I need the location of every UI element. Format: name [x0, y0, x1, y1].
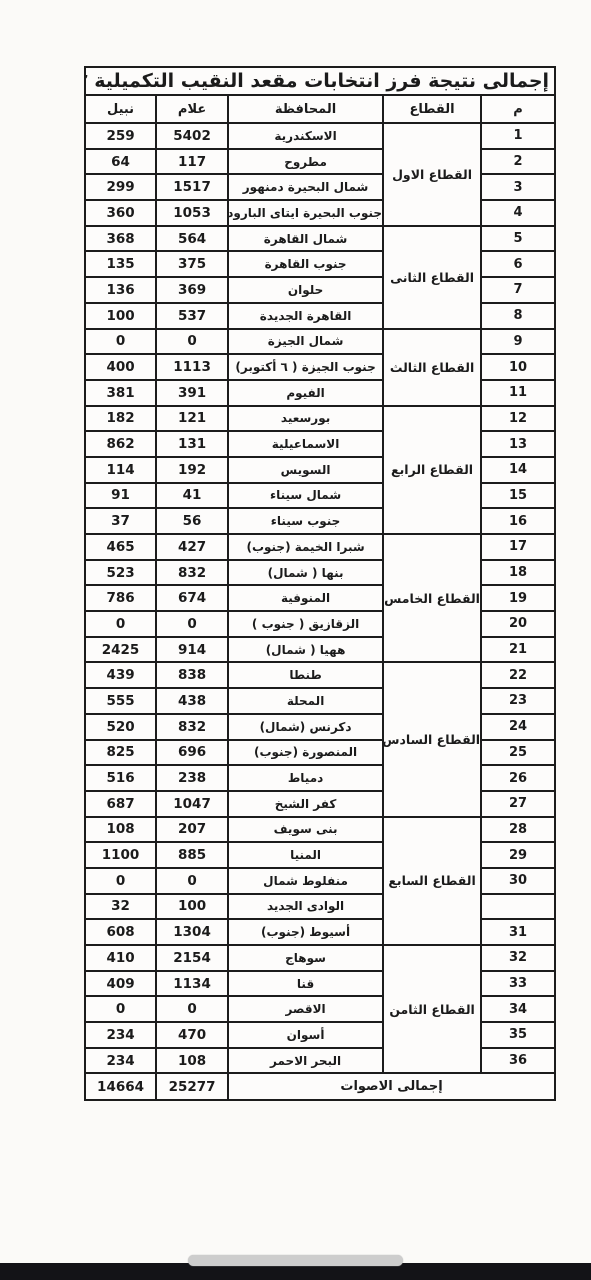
- table-row: 10جنوب الجيزة ( ٦ أكتوبر)1113400: [85, 354, 555, 380]
- allam-votes-cell: 0: [156, 868, 228, 894]
- title-row: إجمالى نتيجة فرز انتخابات مقعد النقيب ال…: [85, 67, 555, 95]
- table-row: 33قنا1134409: [85, 971, 555, 997]
- nabil-votes-cell: 64: [85, 149, 156, 175]
- allam-votes-cell: 117: [156, 149, 228, 175]
- governorate-cell: المحلة: [228, 688, 383, 714]
- sector-cell: القطاع الخامس: [383, 534, 481, 662]
- allam-votes-cell: 914: [156, 637, 228, 663]
- nabil-votes-cell: 234: [85, 1048, 156, 1074]
- column-header-number: م: [481, 95, 555, 123]
- allam-votes-cell: 108: [156, 1048, 228, 1074]
- table-row: 1القطاع الاولالاسكندرية5402259: [85, 123, 555, 149]
- nabil-votes-cell: 0: [85, 611, 156, 637]
- phone-screen: إجمالى نتيجة فرز انتخابات مقعد النقيب ال…: [0, 0, 591, 1280]
- table-row: 30منفلوط شمال00: [85, 868, 555, 894]
- governorate-cell: جنوب البحيرة ايتاى البارود: [228, 200, 383, 226]
- row-number-cell: 20: [481, 611, 555, 637]
- results-table: إجمالى نتيجة فرز انتخابات مقعد النقيب ال…: [84, 66, 556, 1101]
- table-row: 28القطاع السابعبنى سويف207108: [85, 817, 555, 843]
- table-row: 13الاسماعيلية131862: [85, 431, 555, 457]
- sector-cell: القطاع الثامن: [383, 945, 481, 1073]
- governorate-cell: الاقصر: [228, 996, 383, 1022]
- governorate-cell: الاسكندرية: [228, 123, 383, 149]
- governorate-cell: بورسعيد: [228, 406, 383, 432]
- allam-votes-cell: 369: [156, 277, 228, 303]
- table-row: 8القاهرة الجديدة537100: [85, 303, 555, 329]
- allam-votes-cell: 832: [156, 560, 228, 586]
- table-row: 7حلوان369136: [85, 277, 555, 303]
- nabil-votes-cell: 368: [85, 226, 156, 252]
- table-row: 11الفيوم391381: [85, 380, 555, 406]
- governorate-cell: السويس: [228, 457, 383, 483]
- row-number-cell: 10: [481, 354, 555, 380]
- header-row: م القطاع المحافظة علام نبيل: [85, 95, 555, 123]
- nabil-votes-cell: 136: [85, 277, 156, 303]
- sector-cell: القطاع السابع: [383, 817, 481, 945]
- nabil-votes-cell: 0: [85, 868, 156, 894]
- row-number-cell: 22: [481, 662, 555, 688]
- nabil-votes-cell: 381: [85, 380, 156, 406]
- governorate-cell: الاسماعيلية: [228, 431, 383, 457]
- nabil-votes-cell: 465: [85, 534, 156, 560]
- governorate-cell: كفر الشيخ: [228, 791, 383, 817]
- nabil-votes-cell: 786: [85, 585, 156, 611]
- allam-votes-cell: 427: [156, 534, 228, 560]
- allam-votes-cell: 1517: [156, 174, 228, 200]
- nabil-votes-cell: 409: [85, 971, 156, 997]
- allam-votes-cell: 0: [156, 329, 228, 355]
- row-number-cell: 4: [481, 200, 555, 226]
- allam-votes-cell: 5402: [156, 123, 228, 149]
- governorate-cell: دكرنس (شمال): [228, 714, 383, 740]
- allam-votes-cell: 375: [156, 251, 228, 277]
- allam-votes-cell: 838: [156, 662, 228, 688]
- governorate-cell: شمال سيناء: [228, 483, 383, 509]
- total-row: إجمالى الاصوات 25277 14664: [85, 1073, 555, 1100]
- row-number-cell: 33: [481, 971, 555, 997]
- governorate-cell: المنوفية: [228, 585, 383, 611]
- table-row: 18بنها ( شمال)832523: [85, 560, 555, 586]
- table-row: 2مطروح11764: [85, 149, 555, 175]
- allam-votes-cell: 537: [156, 303, 228, 329]
- nabil-votes-cell: 400: [85, 354, 156, 380]
- nabil-votes-cell: 555: [85, 688, 156, 714]
- row-number-cell: [481, 894, 555, 920]
- governorate-cell: الزقازيق ( جنوب ): [228, 611, 383, 637]
- allam-votes-cell: 1304: [156, 919, 228, 945]
- row-number-cell: 31: [481, 919, 555, 945]
- allam-votes-cell: 1113: [156, 354, 228, 380]
- sector-cell: القطاع السادس: [383, 662, 481, 816]
- row-number-cell: 34: [481, 996, 555, 1022]
- column-header-nabil: نبيل: [85, 95, 156, 123]
- nabil-votes-cell: 259: [85, 123, 156, 149]
- row-number-cell: 14: [481, 457, 555, 483]
- row-number-cell: 17: [481, 534, 555, 560]
- sector-cell: القطاع الاول: [383, 123, 481, 226]
- table-row: 35أسوان470234: [85, 1022, 555, 1048]
- governorate-cell: شمال القاهرة: [228, 226, 383, 252]
- table-row: 3شمال البحيرة دمنهور1517299: [85, 174, 555, 200]
- governorate-cell: سوهاج: [228, 945, 383, 971]
- allam-votes-cell: 100: [156, 894, 228, 920]
- page-title: إجمالى نتيجة فرز انتخابات مقعد النقيب ال…: [85, 67, 555, 95]
- table-row: 20الزقازيق ( جنوب )00: [85, 611, 555, 637]
- row-number-cell: 9: [481, 329, 555, 355]
- allam-votes-cell: 1134: [156, 971, 228, 997]
- governorate-cell: جنوب الجيزة ( ٦ أكتوبر): [228, 354, 383, 380]
- governorate-cell: مطروح: [228, 149, 383, 175]
- allam-votes-cell: 391: [156, 380, 228, 406]
- allam-votes-cell: 674: [156, 585, 228, 611]
- nabil-votes-cell: 108: [85, 817, 156, 843]
- nabil-votes-cell: 608: [85, 919, 156, 945]
- table-row: 16جنوب سيناء5637: [85, 508, 555, 534]
- row-number-cell: 12: [481, 406, 555, 432]
- governorate-cell: قنا: [228, 971, 383, 997]
- row-number-cell: 27: [481, 791, 555, 817]
- row-number-cell: 23: [481, 688, 555, 714]
- table-row: 5القطاع الثانىشمال القاهرة564368: [85, 226, 555, 252]
- table-row: 32القطاع الثامنسوهاج2154410: [85, 945, 555, 971]
- table-row: 23المحلة438555: [85, 688, 555, 714]
- governorate-cell: شبرا الخيمة (جنوب): [228, 534, 383, 560]
- governorate-cell: شمال البحيرة دمنهور: [228, 174, 383, 200]
- nabil-votes-cell: 234: [85, 1022, 156, 1048]
- governorate-cell: أسوان: [228, 1022, 383, 1048]
- nabil-votes-cell: 439: [85, 662, 156, 688]
- nabil-votes-cell: 0: [85, 329, 156, 355]
- table-row: الوادى الجديد10032: [85, 894, 555, 920]
- governorate-cell: دمياط: [228, 765, 383, 791]
- total-nabil-votes: 14664: [85, 1073, 156, 1100]
- nabil-votes-cell: 862: [85, 431, 156, 457]
- nabil-votes-cell: 410: [85, 945, 156, 971]
- nabil-votes-cell: 1100: [85, 842, 156, 868]
- nabil-votes-cell: 299: [85, 174, 156, 200]
- nabil-votes-cell: 523: [85, 560, 156, 586]
- allam-votes-cell: 2154: [156, 945, 228, 971]
- nabil-votes-cell: 0: [85, 996, 156, 1022]
- table-row: 26دمياط238516: [85, 765, 555, 791]
- sector-cell: القطاع الثانى: [383, 226, 481, 329]
- governorate-cell: بنها ( شمال): [228, 560, 383, 586]
- table-row: 27كفر الشيخ1047687: [85, 791, 555, 817]
- row-number-cell: 5: [481, 226, 555, 252]
- allam-votes-cell: 0: [156, 611, 228, 637]
- total-allam-votes: 25277: [156, 1073, 228, 1100]
- results-table-body: 1القطاع الاولالاسكندرية54022592مطروح1176…: [85, 123, 555, 1073]
- nabil-votes-cell: 37: [85, 508, 156, 534]
- governorate-cell: القاهرة الجديدة: [228, 303, 383, 329]
- allam-votes-cell: 1053: [156, 200, 228, 226]
- sector-cell: القطاع الرابع: [383, 406, 481, 534]
- governorate-cell: حلوان: [228, 277, 383, 303]
- row-number-cell: 6: [481, 251, 555, 277]
- row-number-cell: 24: [481, 714, 555, 740]
- allam-votes-cell: 56: [156, 508, 228, 534]
- nabil-votes-cell: 182: [85, 406, 156, 432]
- nabil-votes-cell: 516: [85, 765, 156, 791]
- table-row: 21ههيا ( شمال)9142425: [85, 637, 555, 663]
- column-header-allam: علام: [156, 95, 228, 123]
- allam-votes-cell: 121: [156, 406, 228, 432]
- governorate-cell: جنوب سيناء: [228, 508, 383, 534]
- table-row: 25المنصورة (جنوب)696825: [85, 740, 555, 766]
- governorate-cell: شمال الجيزة: [228, 329, 383, 355]
- row-number-cell: 1: [481, 123, 555, 149]
- governorate-cell: أسيوط (جنوب): [228, 919, 383, 945]
- table-row: 36البحر الاحمر108234: [85, 1048, 555, 1074]
- nabil-votes-cell: 32: [85, 894, 156, 920]
- table-row: 12القطاع الرابعبورسعيد121182: [85, 406, 555, 432]
- nabil-votes-cell: 825: [85, 740, 156, 766]
- table-row: 9القطاع الثالثشمال الجيزة00: [85, 329, 555, 355]
- table-row: 4جنوب البحيرة ايتاى البارود1053360: [85, 200, 555, 226]
- row-number-cell: 32: [481, 945, 555, 971]
- row-number-cell: 35: [481, 1022, 555, 1048]
- table-row: 19المنوفية674786: [85, 585, 555, 611]
- row-number-cell: 26: [481, 765, 555, 791]
- governorate-cell: الفيوم: [228, 380, 383, 406]
- allam-votes-cell: 238: [156, 765, 228, 791]
- scanned-document-page: إجمالى نتيجة فرز انتخابات مقعد النقيب ال…: [0, 0, 591, 1263]
- row-number-cell: 2: [481, 149, 555, 175]
- allam-votes-cell: 192: [156, 457, 228, 483]
- column-header-governorate: المحافظة: [228, 95, 383, 123]
- allam-votes-cell: 885: [156, 842, 228, 868]
- table-row: 31أسيوط (جنوب)1304608: [85, 919, 555, 945]
- row-number-cell: 13: [481, 431, 555, 457]
- table-row: 22القطاع السادسطنطا838439: [85, 662, 555, 688]
- total-label: إجمالى الاصوات: [228, 1073, 555, 1100]
- table-row: 24دكرنس (شمال)832520: [85, 714, 555, 740]
- home-indicator-handle[interactable]: [188, 1255, 403, 1266]
- allam-votes-cell: 0: [156, 996, 228, 1022]
- nabil-votes-cell: 2425: [85, 637, 156, 663]
- row-number-cell: 8: [481, 303, 555, 329]
- nabil-votes-cell: 100: [85, 303, 156, 329]
- row-number-cell: 25: [481, 740, 555, 766]
- row-number-cell: 28: [481, 817, 555, 843]
- row-number-cell: 7: [481, 277, 555, 303]
- row-number-cell: 18: [481, 560, 555, 586]
- row-number-cell: 11: [481, 380, 555, 406]
- allam-votes-cell: 696: [156, 740, 228, 766]
- sector-cell: القطاع الثالث: [383, 329, 481, 406]
- governorate-cell: ههيا ( شمال): [228, 637, 383, 663]
- allam-votes-cell: 832: [156, 714, 228, 740]
- governorate-cell: المنيا: [228, 842, 383, 868]
- allam-votes-cell: 1047: [156, 791, 228, 817]
- row-number-cell: 3: [481, 174, 555, 200]
- row-number-cell: 16: [481, 508, 555, 534]
- table-row: 17القطاع الخامسشبرا الخيمة (جنوب)427465: [85, 534, 555, 560]
- governorate-cell: المنصورة (جنوب): [228, 740, 383, 766]
- row-number-cell: 15: [481, 483, 555, 509]
- row-number-cell: 30: [481, 868, 555, 894]
- nabil-votes-cell: 135: [85, 251, 156, 277]
- allam-votes-cell: 564: [156, 226, 228, 252]
- governorate-cell: بنى سويف: [228, 817, 383, 843]
- nabil-votes-cell: 360: [85, 200, 156, 226]
- allam-votes-cell: 131: [156, 431, 228, 457]
- table-row: 29المنيا8851100: [85, 842, 555, 868]
- governorate-cell: الوادى الجديد: [228, 894, 383, 920]
- row-number-cell: 36: [481, 1048, 555, 1074]
- governorate-cell: البحر الاحمر: [228, 1048, 383, 1074]
- table-row: 6جنوب القاهرة375135: [85, 251, 555, 277]
- allam-votes-cell: 470: [156, 1022, 228, 1048]
- governorate-cell: جنوب القاهرة: [228, 251, 383, 277]
- governorate-cell: منفلوط شمال: [228, 868, 383, 894]
- row-number-cell: 29: [481, 842, 555, 868]
- table-row: 15شمال سيناء4191: [85, 483, 555, 509]
- nabil-votes-cell: 520: [85, 714, 156, 740]
- row-number-cell: 21: [481, 637, 555, 663]
- nabil-votes-cell: 687: [85, 791, 156, 817]
- row-number-cell: 19: [481, 585, 555, 611]
- allam-votes-cell: 41: [156, 483, 228, 509]
- nabil-votes-cell: 91: [85, 483, 156, 509]
- allam-votes-cell: 438: [156, 688, 228, 714]
- table-row: 34الاقصر00: [85, 996, 555, 1022]
- column-header-sector: القطاع: [383, 95, 481, 123]
- governorate-cell: طنطا: [228, 662, 383, 688]
- allam-votes-cell: 207: [156, 817, 228, 843]
- table-row: 14السويس192114: [85, 457, 555, 483]
- nabil-votes-cell: 114: [85, 457, 156, 483]
